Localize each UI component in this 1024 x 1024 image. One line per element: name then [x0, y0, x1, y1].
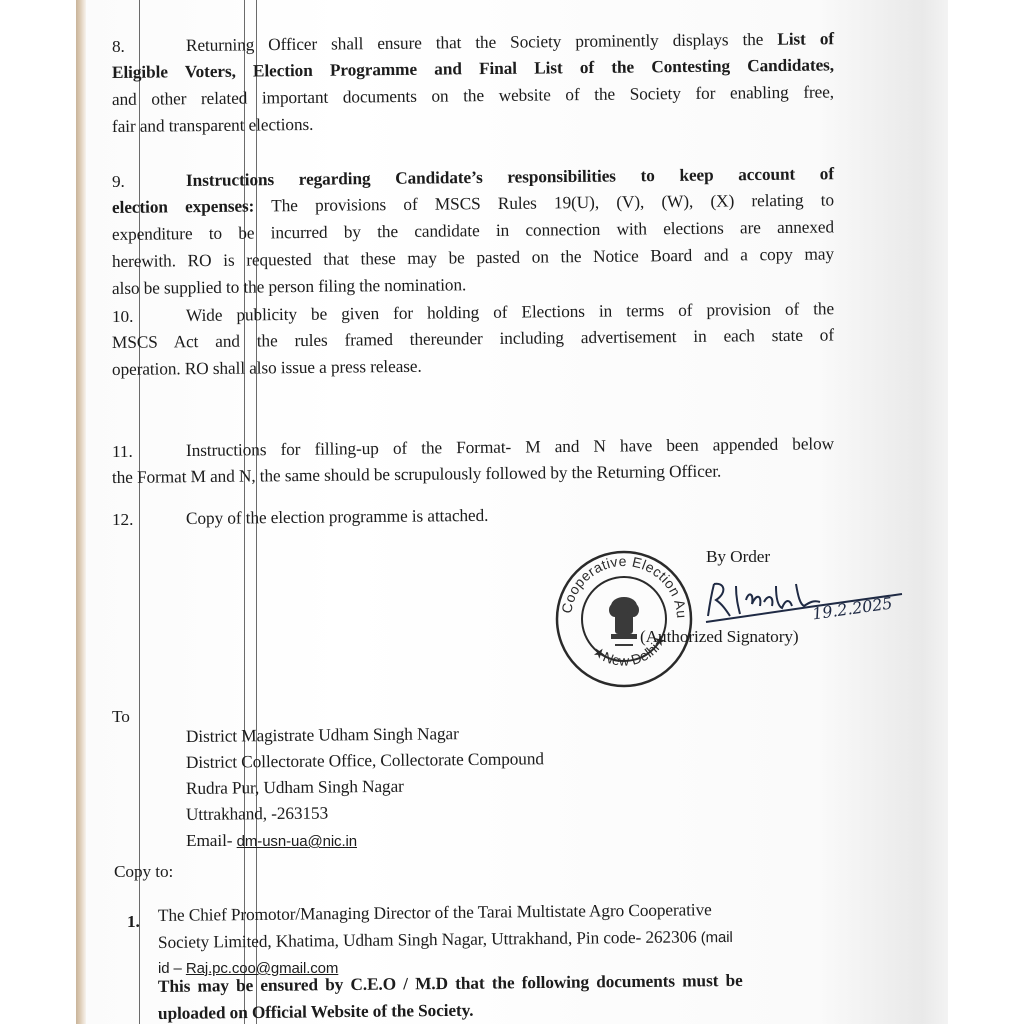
scan-edge-strip — [76, 0, 86, 1024]
body-text: Returning Officer shall ensure that the … — [186, 30, 778, 55]
addressee-line: Uttrakhand, -263153 — [186, 800, 328, 828]
bold-text: Instructions regarding Candidate’s respo… — [186, 164, 834, 190]
body-text: Instructions for filling-up of the Forma… — [186, 434, 834, 460]
body-text: and other related important documents on… — [112, 82, 834, 109]
body-text: Copy of the election programme is attach… — [186, 506, 489, 528]
body-text: operation. RO shall also issue a press r… — [112, 357, 422, 379]
to-label: To — [112, 703, 130, 730]
body-text: fair and transparent elections. — [112, 115, 314, 136]
paragraph-number: 9. — [112, 168, 125, 195]
addressee-email-line: Email- dm-usn-ua@nic.in — [186, 827, 357, 855]
body-text: MSCS Act and the rules framed thereunder… — [112, 325, 834, 352]
copy-to-item-number: 1. — [127, 908, 140, 935]
by-order-label: By Order — [706, 543, 770, 570]
addressee-line: District Collectorate Office, Collectora… — [186, 745, 544, 776]
authorized-signatory-label: (Authorized Signatory) — [640, 623, 799, 650]
addressee-line: Rudra Pur, Udham Singh Nagar — [186, 773, 404, 802]
body-text: The provisions of MSCS Rules 19(U), (V),… — [254, 190, 834, 215]
paragraph-number: 11. — [112, 438, 133, 465]
bold-text: Eligible Voters, Election Programme and … — [112, 55, 834, 82]
bold-text: election expenses: — [112, 197, 254, 217]
body-text: the Format M and N, the same should be s… — [112, 462, 721, 487]
bold-text: List of — [777, 29, 834, 49]
mail-label: (mail — [697, 929, 733, 946]
paragraph-number: 12. — [112, 506, 133, 533]
cooperative-election-authority-seal-icon: Cooperative Election Authority ★New Delh… — [553, 548, 695, 690]
body-text: Wide publicity be given for holding of E… — [186, 299, 834, 325]
email-label: Email- — [186, 831, 237, 850]
body-text: also be supplied to the person filing th… — [112, 275, 466, 298]
paragraph-number: 8. — [112, 33, 125, 60]
paragraph-number: 10. — [112, 303, 133, 330]
addressee-line: District Magistrate Udham Singh Nagar — [186, 720, 459, 750]
addressee-email-link[interactable]: dm-usn-ua@nic.in — [237, 833, 357, 850]
copy-to-label: Copy to: — [114, 858, 173, 885]
copy-to-note-line2: uploaded on Official Website of the Soci… — [158, 997, 474, 1024]
body-text: expenditure to be incurred by the candid… — [112, 217, 834, 244]
copy-to-item-address: Society Limited, Khatima, Udham Singh Na… — [158, 927, 697, 952]
body-text: herewith. RO is requested that these may… — [112, 244, 834, 271]
